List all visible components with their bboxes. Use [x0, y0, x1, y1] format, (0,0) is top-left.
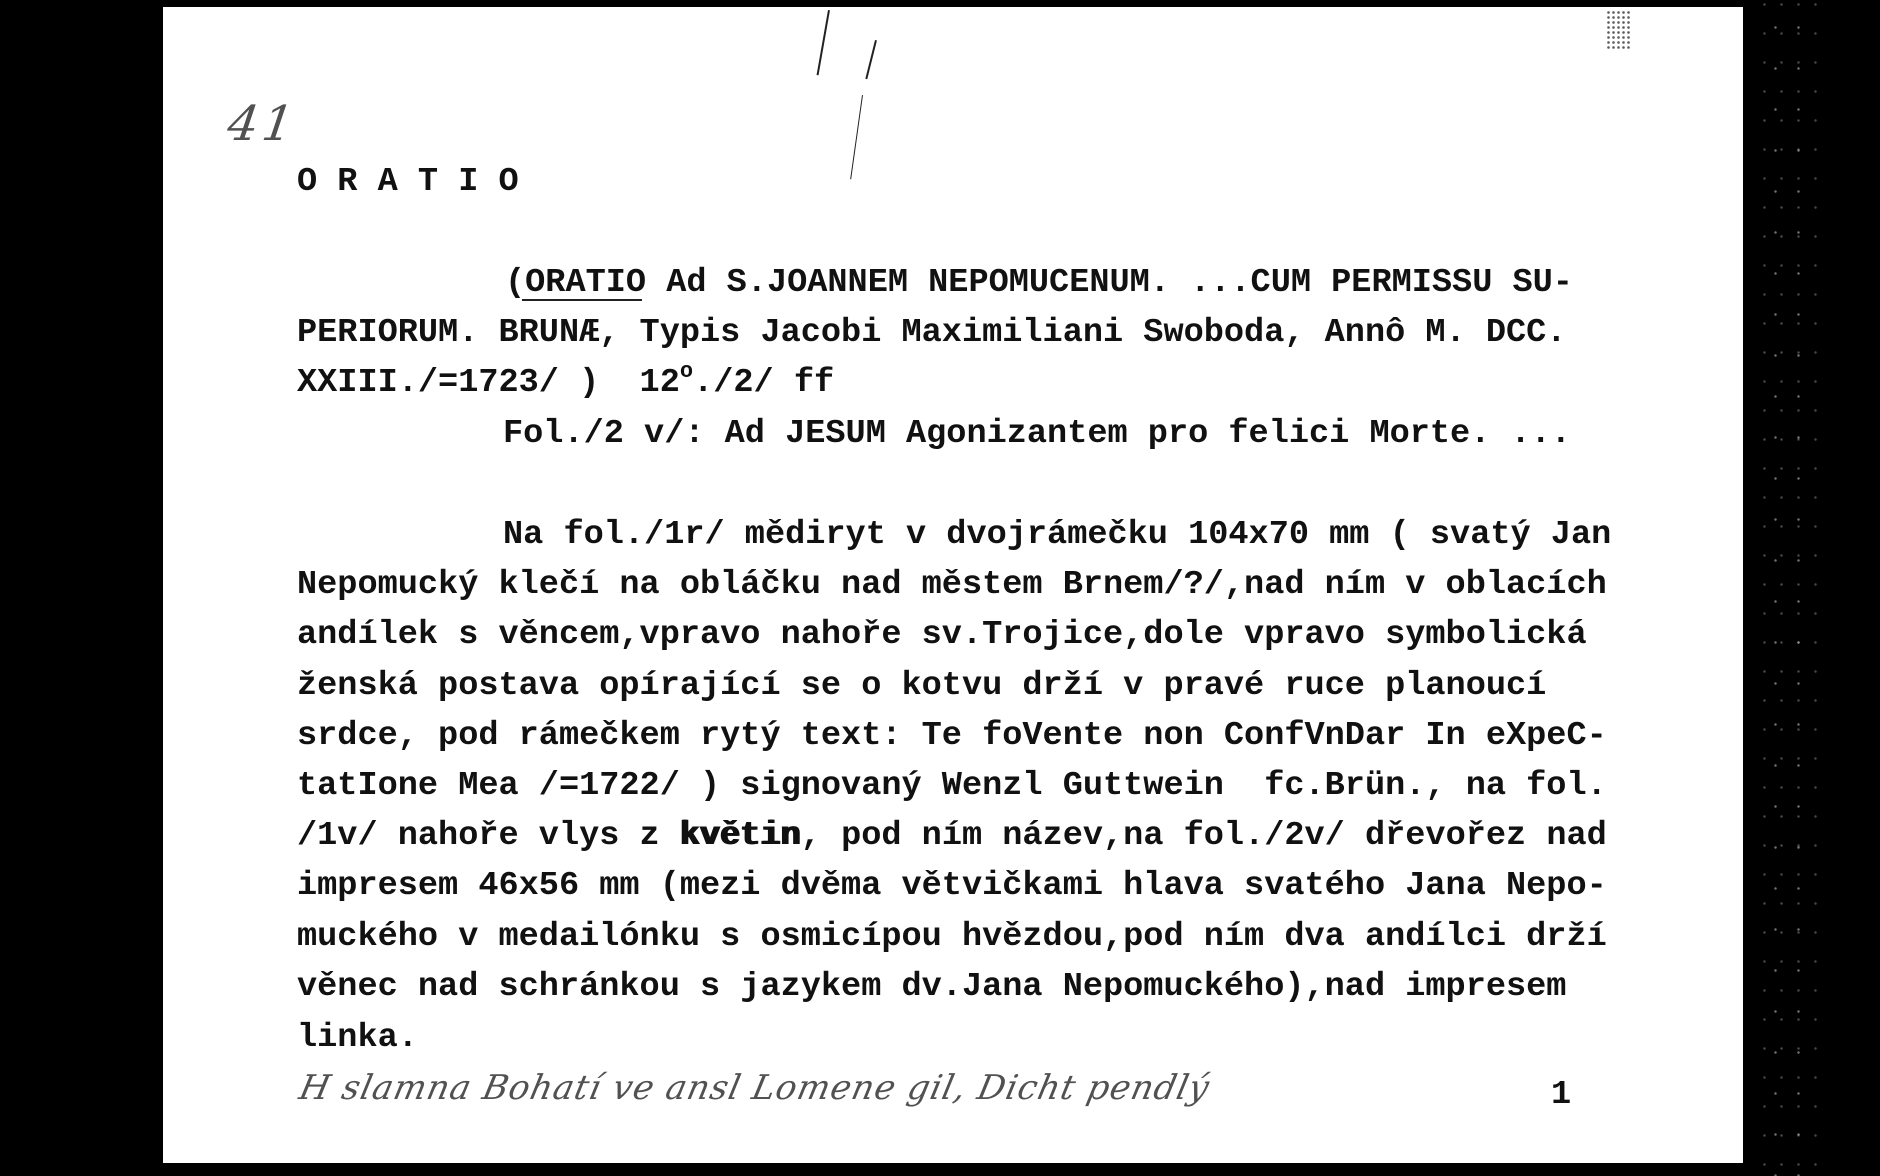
citation-line-2: PERIORUM. BRUNÆ, Typis Jacobi Maximilian…	[297, 317, 1566, 351]
citation-date: XXIII./=1723/ ) 12	[297, 364, 680, 402]
ink-smudge	[1606, 10, 1632, 50]
description-line-7-rest: , pod ním název,na fol./2v/ dřevořez nad	[801, 817, 1607, 855]
description-line-4: ženská postava opírající se o kotvu drží…	[297, 670, 1546, 704]
description-line-7: /1v/ nahoře vlys z květin, pod ním název…	[297, 820, 1607, 854]
citation-line-1: (ORATIO Ad S.JOANNEM NEPOMUCENUM. ...CUM…	[505, 267, 1573, 301]
scanner-noise	[1760, 0, 1820, 1176]
description-line-11: linka.	[297, 1022, 418, 1056]
title-underline	[522, 299, 642, 301]
description-line-10: věnec nad schránkou s jazykem dv.Jana Ne…	[297, 971, 1566, 1005]
document-title: O R A T I O	[297, 166, 519, 200]
bold-word: květin	[680, 817, 801, 855]
description-line-5: srdce, pod rámečkem rytý text: Te foVent…	[297, 720, 1607, 754]
format-superscript: o	[680, 359, 693, 384]
page-number: 1	[1551, 1076, 1571, 1114]
description-line-1: Na fol./1r/ mědiryt v dvojrámečku 104x70…	[503, 519, 1611, 553]
description-line-6: tatIone Mea /=1722/ ) signovaný Wenzl Gu…	[297, 770, 1607, 804]
description-line-7-start: /1v/ nahoře vlys z	[297, 817, 680, 855]
margin-note: 41	[224, 96, 301, 152]
description-line-3: andílek s věncem,vpravo nahoře sv.Trojic…	[297, 619, 1587, 653]
format-suffix: ./2/ ff	[693, 364, 834, 402]
handwritten-note: H slamna Bohatí ve ansl Lomene gil, Dich…	[296, 1068, 1214, 1108]
description-line-2: Nepomucký klečí na obláčku nad městem Br…	[297, 569, 1607, 603]
citation-line-4: Fol./2 v/: Ad JESUM Agonizantem pro feli…	[503, 418, 1571, 452]
description-line-8: impresem 46x56 mm (mezi dvěma větvičkami…	[297, 870, 1607, 904]
citation-line-3: XXIII./=1723/ ) 12o./2/ ff	[297, 367, 834, 401]
description-line-9: muckého v medailónku s osmicípou hvězdou…	[297, 921, 1607, 955]
